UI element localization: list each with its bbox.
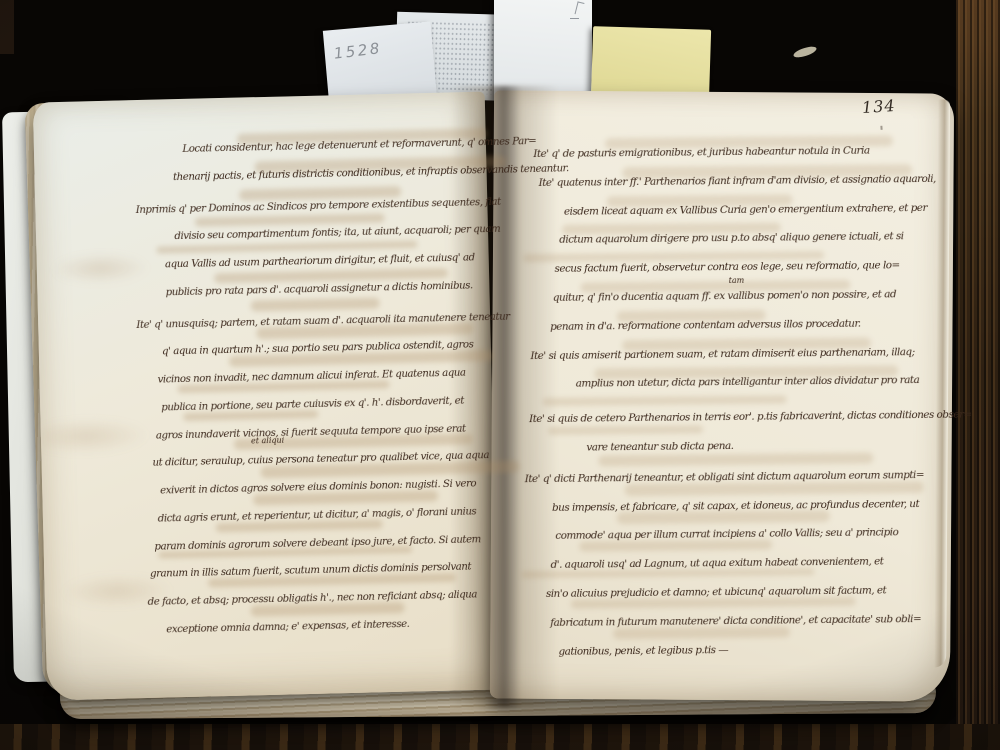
manuscript-line: Ite' q' dicti Parthenarij teneantur, et … [525, 468, 955, 501]
interlinear-insertion: tam [729, 276, 745, 285]
manuscript-line: secus factum fuerit, observetur contra e… [554, 259, 952, 292]
manuscript-line: quitur, q' fin'o ducentia aquam ff. ex v… [553, 288, 953, 321]
manuscript-line: dictum aquarolum dirigere pro usu p.to a… [559, 230, 952, 263]
manuscript-line: commode' aqua per illum currat incipiens… [555, 526, 955, 559]
pencil-marks [568, 2, 584, 24]
manuscript-line: eisdem liceat aquam ex Vallibus Curia ge… [564, 201, 952, 234]
manuscript-line: Ite' quatenus inter ff.' Parthenarios fi… [539, 172, 952, 205]
manuscript-line: d'. aquaroli usq' ad Lagnum, ut aqua exi… [551, 555, 956, 588]
manuscript-line: Ite' si quis de cetero Parthenarios in t… [529, 409, 954, 442]
left-page-text: et aliqui Locati considentur, hac lege d… [132, 137, 495, 652]
manuscript-line: gationibus, penis, et legibus p.tis — [558, 641, 956, 674]
manuscript-line: amplius non utetur, dicta pars intelliga… [576, 374, 954, 407]
manuscript-line: thenarij pactis, et futuris districtis c… [173, 165, 486, 200]
wood-table-bottom [0, 724, 1000, 750]
manuscript-line: fabricatum in futurum manutenere' dicta … [550, 612, 956, 645]
right-page-text: tam Ite' q' de pasturis emigrationibus, … [503, 144, 956, 675]
manuscript-line: bus impensis, et fabricare, q' sit capax… [552, 497, 955, 530]
manuscript-line: vare teneantur sub dicta pena. [586, 438, 954, 471]
manuscript-line: Ite' si quis amiserit partionem suam, et… [530, 345, 953, 378]
manuscript-photo: 1528 134 et aliqui Locati considentur, h… [0, 0, 1000, 750]
manuscript-line: Ite' q' de pasturis emigrationibus, et j… [533, 144, 951, 177]
slip-number: 1528 [333, 39, 383, 63]
wood-table-right [956, 0, 1000, 750]
wood-table-topleft [0, 0, 14, 54]
manuscript-line: publicis pro rata pars d'. acquaroli ass… [166, 280, 489, 315]
manuscript-line: penam in d'a. reformatione contentam adv… [550, 316, 953, 349]
page-number: 134 [861, 96, 896, 117]
interlinear-insertion: et aliqui [251, 436, 284, 446]
lint-speck [792, 44, 817, 59]
manuscript-line: sin'o alicuius prejudicio et damno; et u… [546, 584, 956, 617]
